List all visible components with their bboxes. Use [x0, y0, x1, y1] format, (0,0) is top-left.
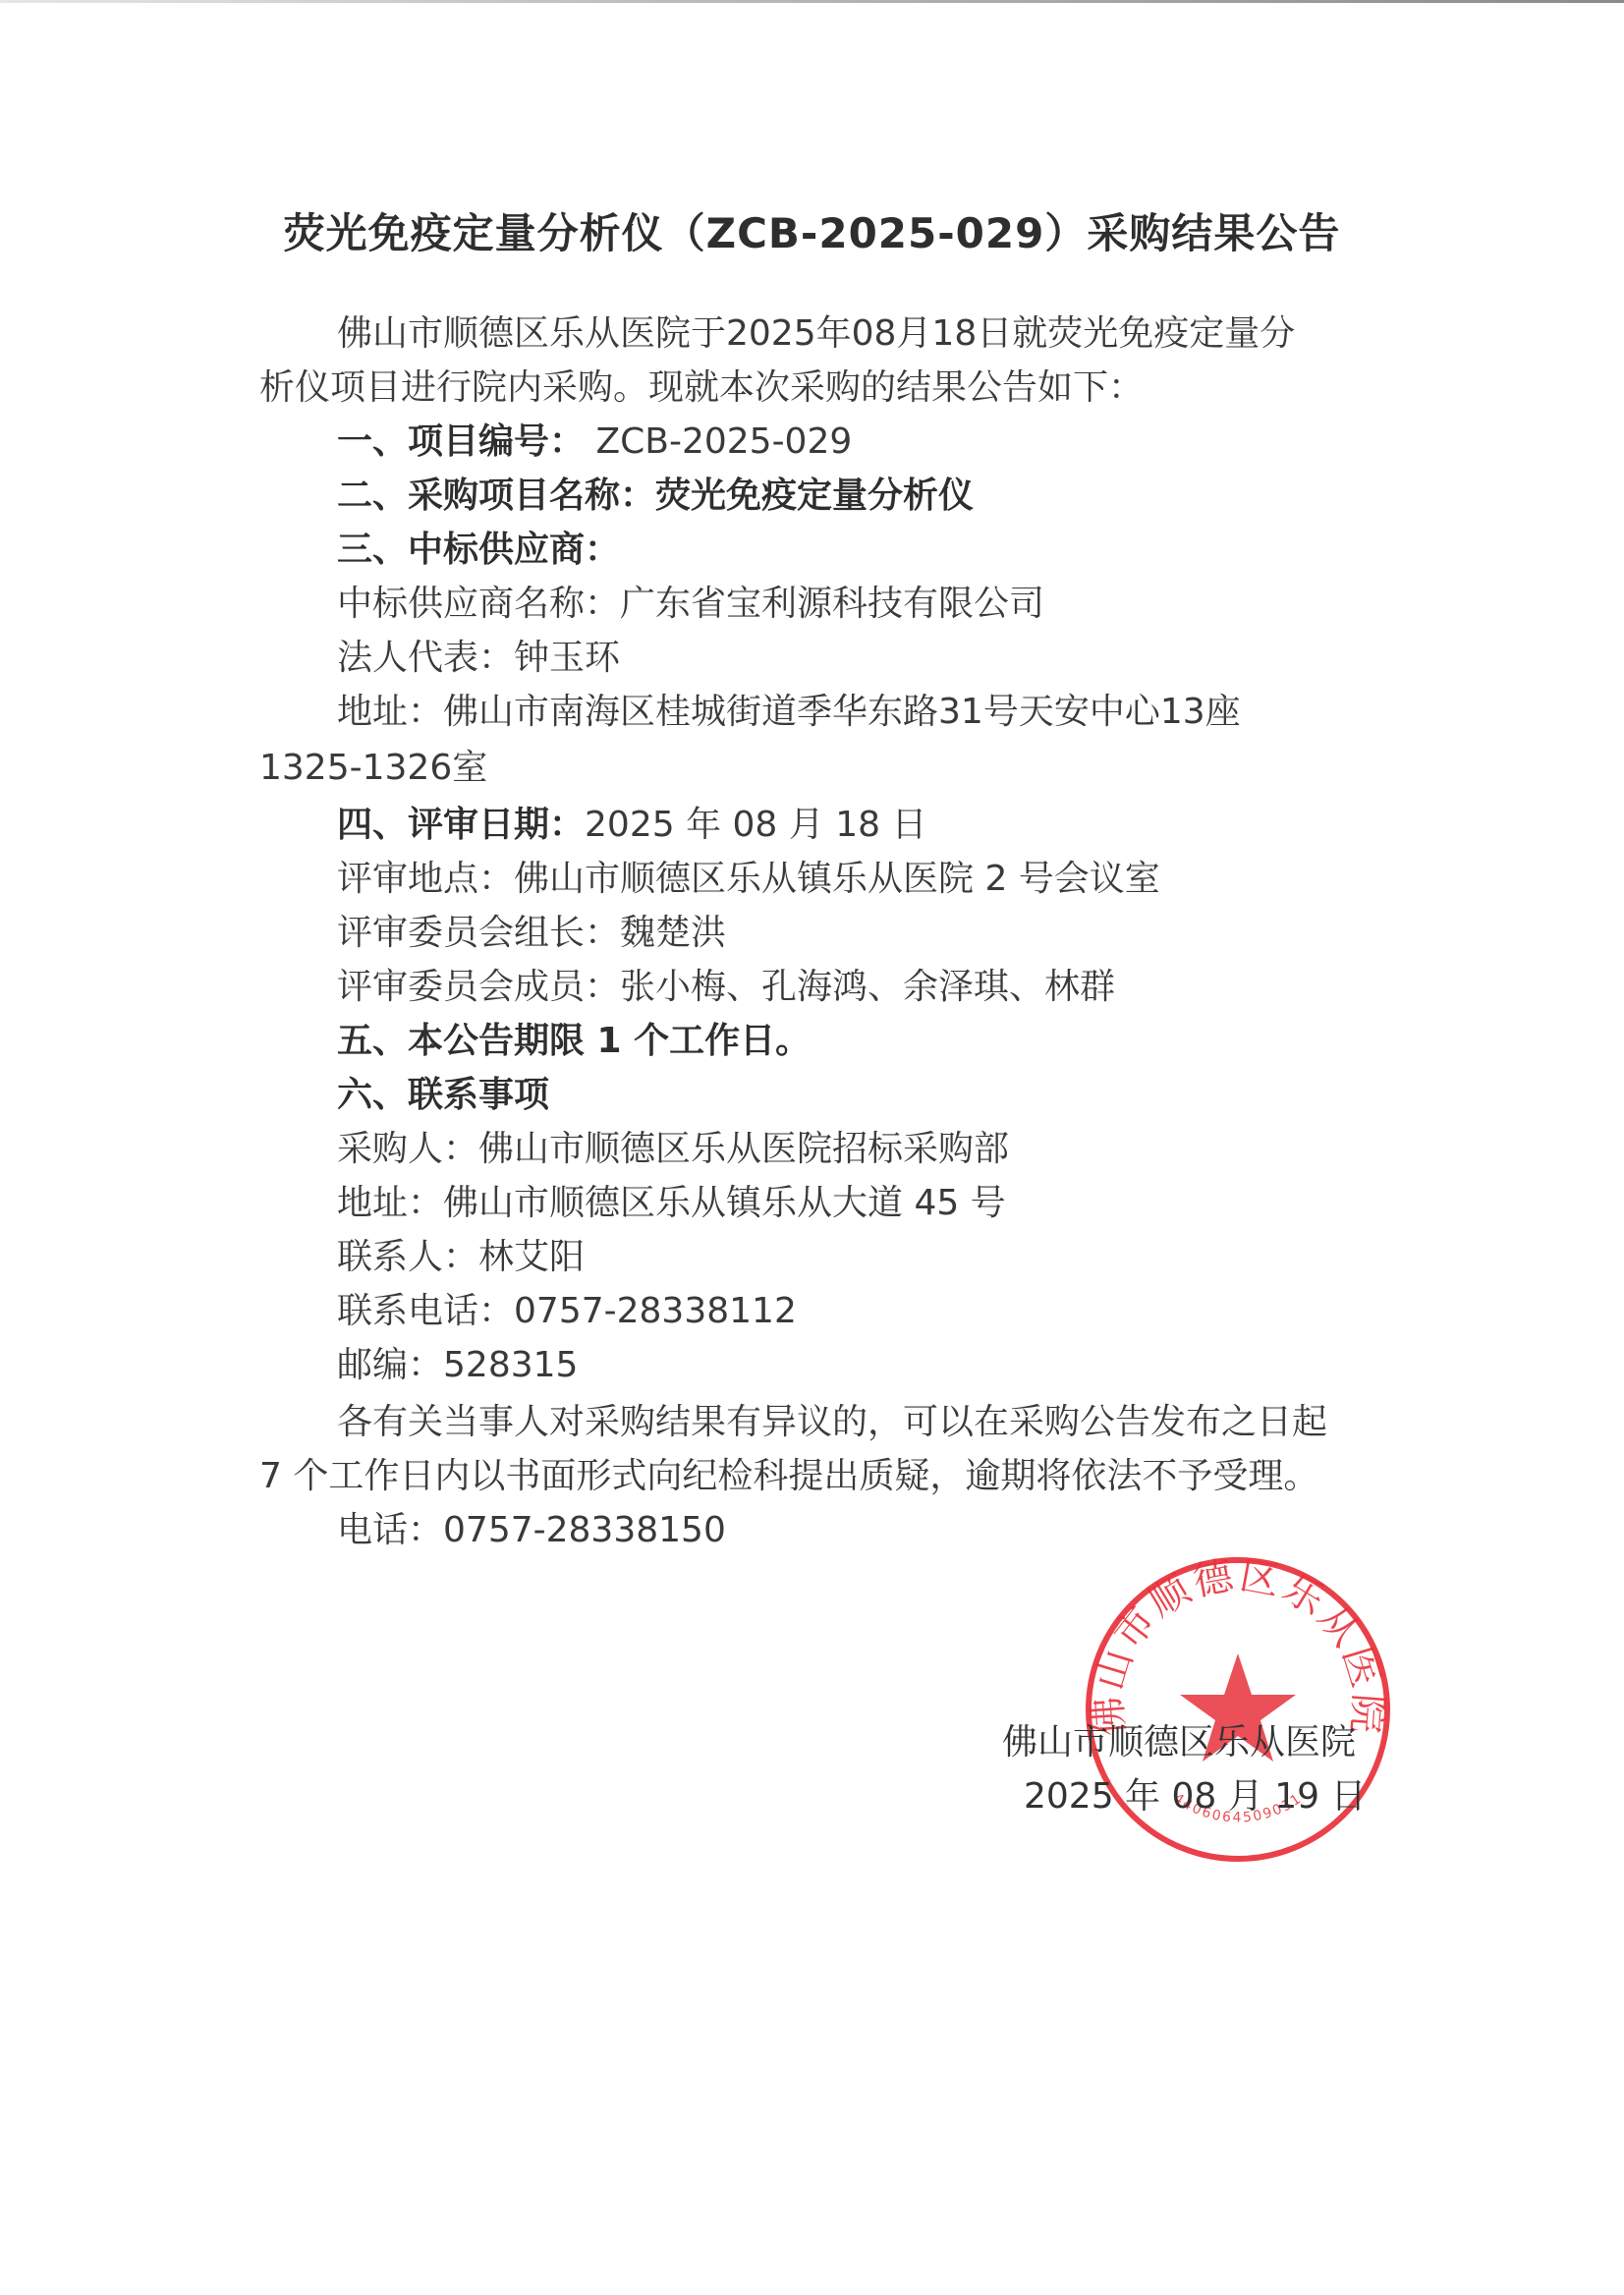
objection-phone-row: 电话：0757-28338150	[337, 1509, 726, 1552]
section-project-number: 一、项目编号： ZCB-2025-029	[337, 420, 852, 464]
signature-date: 2025 年 08 月 19 日	[1024, 1775, 1366, 1819]
committee-leader: 魏楚洪	[620, 913, 726, 953]
field-label: 邮编：	[337, 1345, 443, 1385]
committee-members: 张小梅、孔海鸿、余泽琪、林群	[620, 967, 1115, 1007]
committee-leader-row: 评审委员会组长：魏楚洪	[337, 912, 726, 955]
legal-rep-row: 法人代表：钟玉环	[337, 637, 620, 680]
review-date: 2025 年 08 月 18 日	[585, 805, 926, 845]
signature-org: 佛山市顺德区乐从医院	[1002, 1721, 1356, 1764]
section-winning-supplier: 三、中标供应商：	[337, 529, 620, 572]
field-label: 地址：	[337, 1183, 443, 1223]
field-label: 采购人：	[337, 1129, 478, 1169]
objection-phone: 0757-28338150	[443, 1510, 726, 1550]
purchaser-address-row: 地址：佛山市顺德区乐从镇乐从大道 45 号	[337, 1182, 1006, 1225]
field-label: 评审地点：	[337, 859, 514, 899]
section-label: 二、采购项目名称：	[337, 476, 655, 516]
section-label: 一、项目编号：	[337, 421, 585, 462]
section-contact: 六、联系事项	[337, 1074, 549, 1117]
field-label: 联系人：	[337, 1237, 478, 1277]
section-label: 四、评审日期：	[337, 805, 585, 845]
supplier-name: 广东省宝利源科技有限公司	[620, 584, 1044, 624]
contact-phone: 0757-28338112	[514, 1291, 797, 1331]
scan-edge	[0, 0, 1624, 3]
objection-line-1: 各有关当事人对采购结果有异议的，可以在采购公告发布之日起	[337, 1401, 1327, 1444]
review-venue-row: 评审地点：佛山市顺德区乐从镇乐从医院 2 号会议室	[337, 858, 1160, 901]
committee-members-row: 评审委员会成员：张小梅、孔海鸿、余泽琪、林群	[337, 966, 1115, 1009]
field-label: 电话：	[337, 1510, 443, 1550]
field-label: 法人代表：	[337, 638, 514, 678]
review-venue: 佛山市顺德区乐从镇乐从医院 2 号会议室	[514, 859, 1160, 899]
postcode-row: 邮编：528315	[337, 1344, 578, 1387]
legal-rep: 钟玉环	[514, 638, 620, 678]
project-name: 荧光免疫定量分析仪	[655, 476, 974, 516]
project-number: ZCB-2025-029	[585, 421, 852, 462]
field-label: 地址：	[337, 692, 443, 732]
purchaser: 佛山市顺德区乐从医院招标采购部	[478, 1129, 1009, 1169]
supplier-name-row: 中标供应商名称：广东省宝利源科技有限公司	[337, 583, 1044, 626]
supplier-address: 佛山市南海区桂城街道季华东路31号天安中心13座	[443, 692, 1241, 732]
intro-line-1: 佛山市顺德区乐从医院于2025年08月18日就荧光免疫定量分	[337, 312, 1295, 356]
postcode: 528315	[443, 1345, 578, 1385]
field-label: 中标供应商名称：	[337, 584, 620, 624]
contact-phone-row: 联系电话：0757-28338112	[337, 1290, 797, 1333]
field-label: 联系电话：	[337, 1291, 514, 1331]
contact-person: 林艾阳	[478, 1237, 585, 1277]
section-notice-period: 五、本公告期限 1 个工作日。	[337, 1020, 811, 1063]
section-review-date: 四、评审日期：2025 年 08 月 18 日	[337, 804, 926, 847]
supplier-address-row: 地址：佛山市南海区桂城街道季华东路31号天安中心13座	[337, 691, 1241, 734]
supplier-address-cont: 1325-1326室	[259, 747, 487, 790]
purchaser-address: 佛山市顺德区乐从镇乐从大道 45 号	[443, 1183, 1006, 1223]
purchaser-row: 采购人：佛山市顺德区乐从医院招标采购部	[337, 1128, 1009, 1171]
official-seal-icon: 佛山市顺德区乐从医院 4406064509031	[1076, 1547, 1400, 1872]
field-label: 评审委员会组长：	[337, 913, 620, 953]
intro-line-2: 析仪项目进行院内采购。现就本次采购的结果公告如下：	[259, 366, 1144, 410]
contact-person-row: 联系人：林艾阳	[337, 1236, 585, 1279]
objection-line-2: 7 个工作日内以书面形式向纪检科提出质疑，逾期将依法不予受理。	[259, 1455, 1318, 1498]
section-project-name: 二、采购项目名称：荧光免疫定量分析仪	[337, 475, 974, 518]
field-label: 评审委员会成员：	[337, 967, 620, 1007]
document-title: 荧光免疫定量分析仪（ZCB-2025-029）采购结果公告	[0, 201, 1624, 260]
